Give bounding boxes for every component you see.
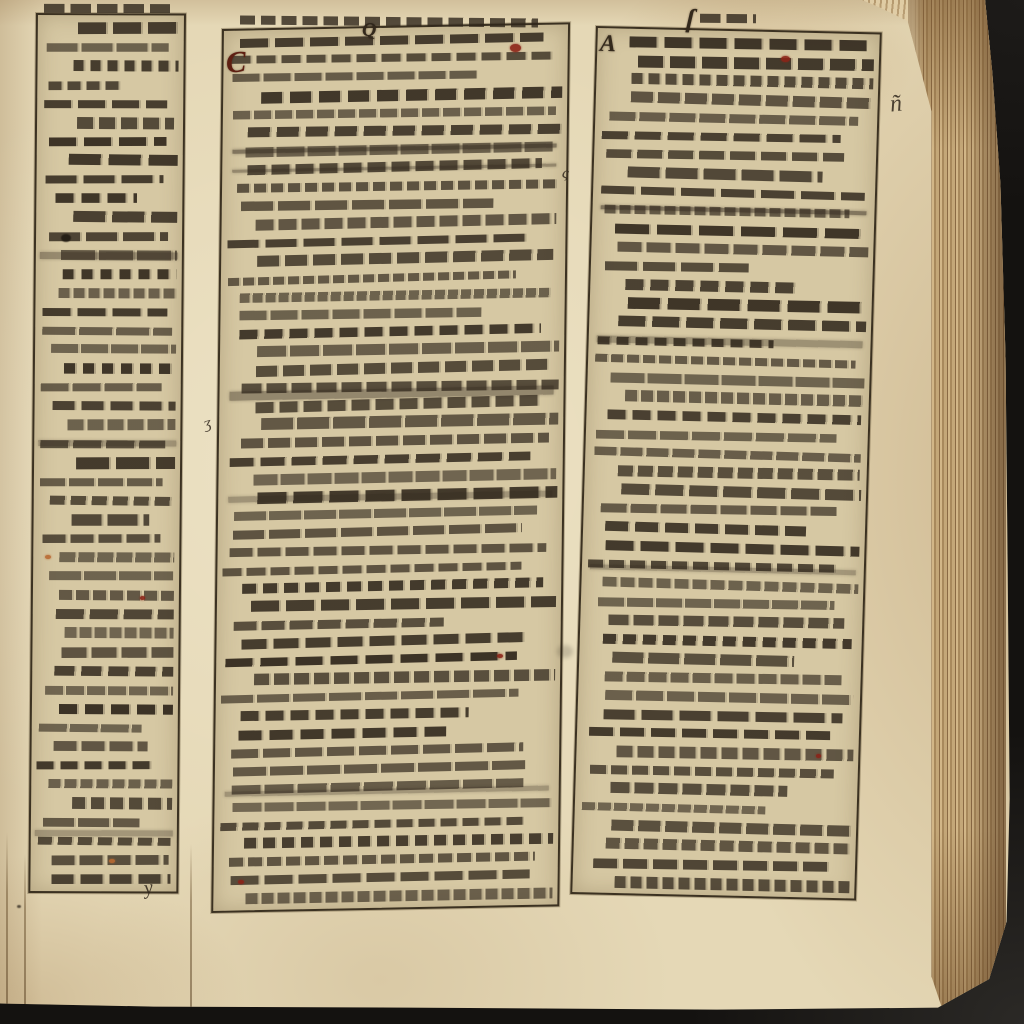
- decorated-initial: A: [600, 32, 617, 57]
- script-line: [36, 755, 172, 774]
- script-line: [36, 812, 172, 832]
- heavy-script-band: [40, 252, 177, 259]
- ink-blot: [61, 234, 71, 242]
- script-line: [37, 623, 173, 643]
- script-line: [37, 660, 173, 680]
- script-line: [41, 207, 177, 227]
- script-line: [42, 94, 178, 113]
- script-line: [36, 850, 172, 869]
- red-ink-speck: [140, 596, 145, 600]
- script-line: [37, 698, 173, 718]
- script-line: [43, 37, 179, 56]
- ink-blot: [557, 645, 573, 658]
- script-line: [42, 56, 178, 76]
- script-line: [37, 717, 173, 737]
- script-line: [40, 302, 176, 321]
- text-column-middle: [211, 22, 570, 913]
- script-line: [36, 774, 172, 793]
- script-line: [38, 566, 174, 585]
- script-line: [42, 169, 178, 188]
- script-line: [42, 75, 178, 94]
- script-line: [37, 736, 173, 756]
- decorated-initial: C: [225, 47, 247, 78]
- margin-annotation: ñ: [889, 91, 903, 116]
- script-line: [42, 150, 178, 170]
- decorated-initial: ſ: [685, 6, 695, 32]
- script-lines: [577, 31, 874, 895]
- script-line: [38, 529, 174, 548]
- script-line: [39, 510, 175, 529]
- script-line: [37, 680, 173, 700]
- script-lines: [35, 18, 179, 888]
- script-line: [40, 320, 176, 340]
- manuscript-page: CAQſñςʒy: [0, 0, 1024, 1024]
- loose-script-line: [700, 14, 756, 23]
- script-line: [40, 339, 176, 359]
- script-line: [38, 604, 174, 623]
- script-line: [38, 547, 174, 566]
- script-line: [39, 396, 175, 416]
- script-line: [41, 264, 177, 283]
- script-line: [42, 131, 178, 150]
- script-line: [40, 377, 176, 396]
- heavy-script-band: [35, 830, 172, 836]
- script-line: [39, 472, 175, 491]
- red-ink-speck: [816, 754, 821, 758]
- text-column-right: [570, 26, 882, 900]
- margin-annotation: ʒ: [202, 415, 213, 432]
- script-line: [39, 490, 175, 510]
- script-line: [39, 415, 175, 434]
- page-fold-line: [24, 854, 26, 1008]
- heavy-script-band: [39, 440, 176, 446]
- page-fold-line: [190, 844, 192, 1008]
- script-line: [37, 642, 173, 661]
- manuscript-photo: CAQſñςʒy: [0, 0, 1024, 1024]
- red-ink-speck: [510, 44, 521, 52]
- script-line: [36, 793, 172, 813]
- loose-script-line: [44, 4, 170, 13]
- script-line: [41, 188, 177, 207]
- loose-script-line: [240, 15, 538, 27]
- ink-blot: [17, 905, 21, 908]
- book-fore-edge: [908, 0, 1006, 1012]
- script-line: [40, 358, 176, 377]
- fore-edge-crease: [916, 40, 918, 972]
- text-column-left: [28, 13, 186, 894]
- script-line: [43, 18, 179, 37]
- fore-edge-crease: [924, 40, 926, 972]
- script-lines: [218, 27, 563, 907]
- margin-annotation: ς: [561, 166, 569, 183]
- script-line: [40, 283, 176, 302]
- page-fold-line: [6, 832, 8, 1006]
- script-line: [38, 585, 174, 605]
- script-line: [42, 112, 178, 132]
- script-line: [39, 453, 175, 472]
